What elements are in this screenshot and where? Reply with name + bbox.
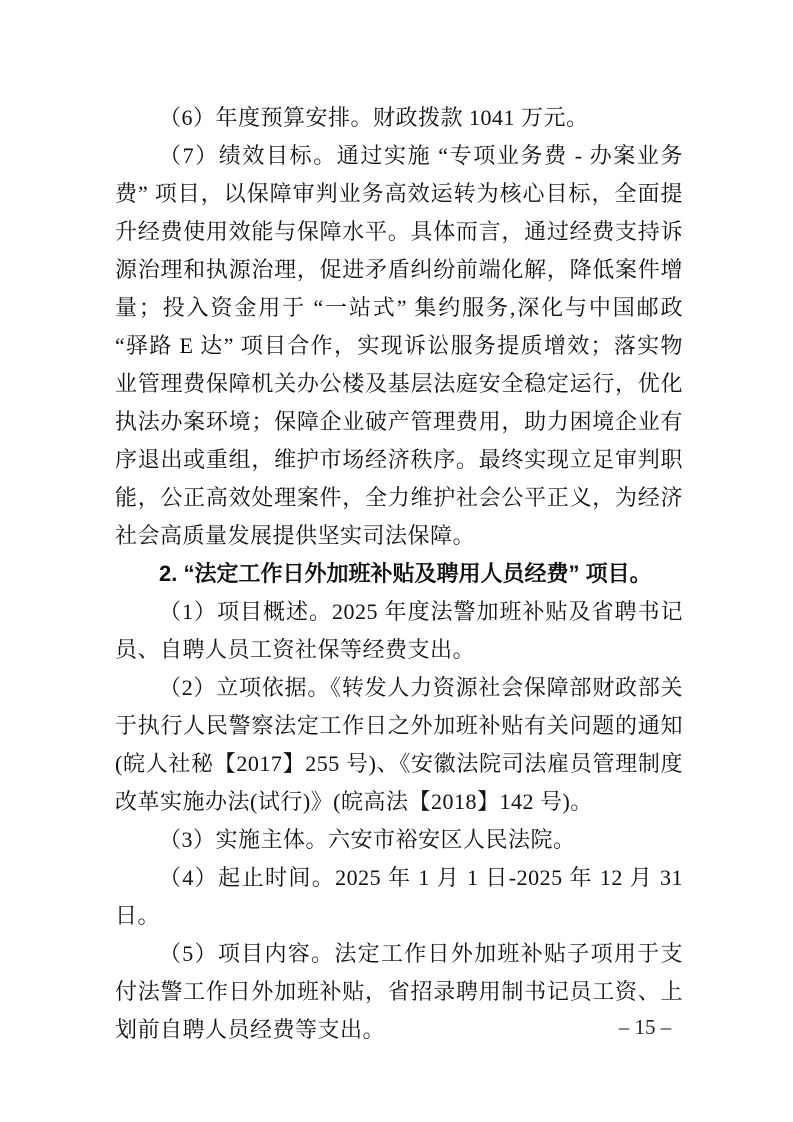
para-performance-target: （7）绩效目标。通过实施 “专项业务费 - 办案业务费” 项目，以保障审判业务高… — [115, 137, 683, 555]
page-number: – 15 – — [560, 1012, 730, 1042]
para-project-basis: （2）立项依据。《转发人力资源社会保障部财政部关于执行人民警察法定工作日之外加班… — [115, 669, 683, 821]
page-body-text: （6）年度预算安排。财政拨款 1041 万元。 （7）绩效目标。通过实施 “专项… — [115, 99, 683, 1049]
heading-project-2-overtime-subsidy: 2. “法定工作日外加班补贴及聘用人员经费” 项目。 — [115, 555, 683, 593]
para-implementing-body: （3）实施主体。六安市裕安区人民法院。 — [115, 821, 683, 859]
document-page: （6）年度预算安排。财政拨款 1041 万元。 （7）绩效目标。通过实施 “专项… — [0, 0, 793, 1122]
para-annual-budget-arrangement: （6）年度预算安排。财政拨款 1041 万元。 — [115, 99, 683, 137]
para-time-period: （4）起止时间。2025 年 1 月 1 日-2025 年 12 月 31 日。 — [115, 859, 683, 935]
para-project-overview: （1）项目概述。2025 年度法警加班补贴及省聘书记员、自聘人员工资社保等经费支… — [115, 593, 683, 669]
